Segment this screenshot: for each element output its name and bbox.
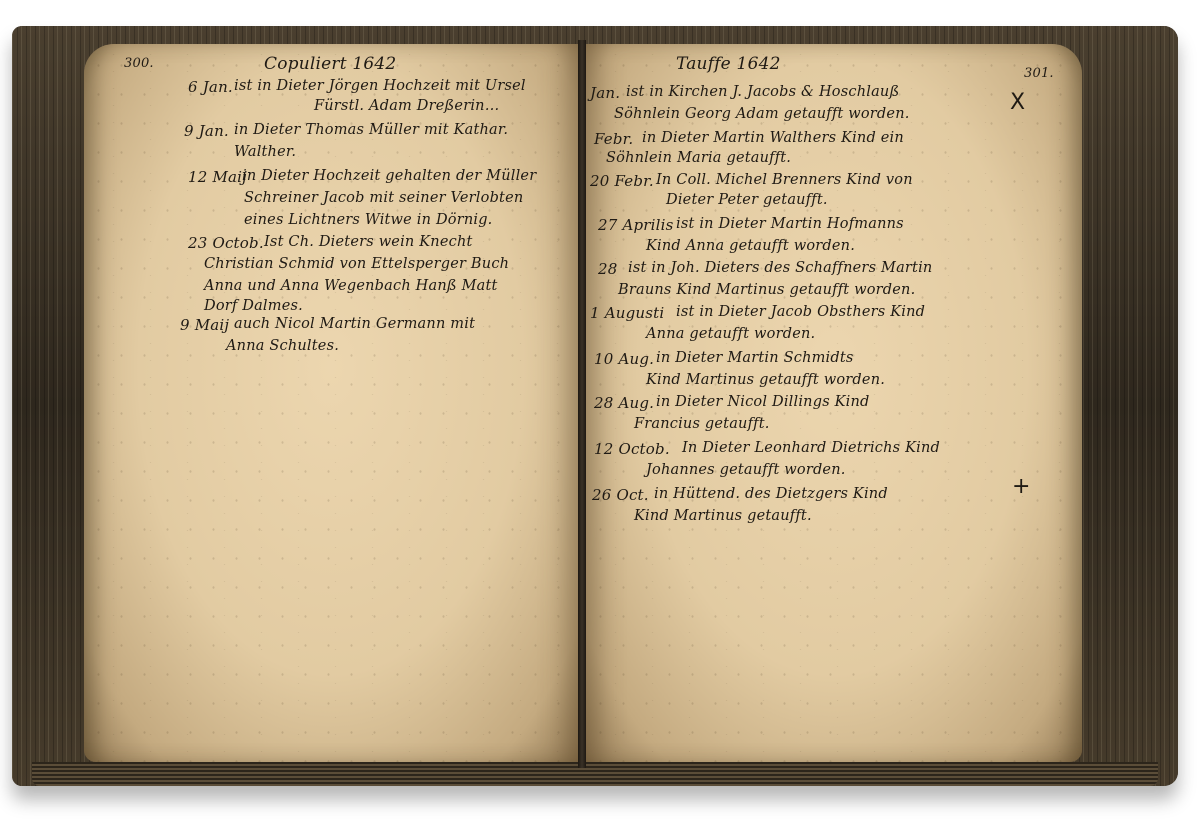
entry-date: 6 Jan. [188,78,233,96]
entry-date: 26 Oct. [592,486,649,504]
entry-date: 28 [598,260,618,278]
entry-date: 1 Augusti [590,304,664,322]
left-page: 300. Copuliert 1642 6 Jan. ist in Dieter… [84,44,578,762]
entry-line: in Dieter Thomas Müller mit Kathar. [234,122,508,138]
entry-line: Kind Martinus getaufft. [634,508,812,524]
entry-line: ist in Dieter Jörgen Hochzeit mit Ursel [234,78,526,94]
entry-date: 9 Jan. [184,122,229,140]
entry-line: Dieter Peter getaufft. [666,192,828,208]
entry-line: Kind Martinus getaufft worden. [646,372,885,388]
entry-line: in Dieter Hochzeit gehalten der Müller [242,168,536,184]
entry-line: Walther. [234,144,296,160]
page-number-left: 300. [124,56,154,71]
entry-line: Anna und Anna Wegenbach Hanß Matt [204,278,498,294]
entry-line: eines Lichtners Witwe in Dörnig. [244,212,493,228]
entry-line: Brauns Kind Martinus getaufft worden. [618,282,915,298]
entry-line: in Hüttend. des Dietzgers Kind [654,486,888,502]
entry-date: 23 Octob. [188,234,264,252]
entry-line: Johannes getaufft worden. [646,462,846,478]
book-bottom-edge [32,762,1158,786]
entry-line: Schreiner Jacob mit seiner Verlobten [244,190,523,206]
entry-line: ist in Kirchen J. Jacobs & Hoschlauß [626,84,899,100]
margin-mark-cross: + [1012,474,1031,499]
margin-mark-x: X [1010,90,1025,115]
entry-date: 10 Aug. [594,350,654,368]
entry-line: in Dieter Martin Walthers Kind ein [642,130,904,146]
entry-date: 27 Aprilis [598,216,674,234]
entry-line: Francius getaufft. [634,416,770,432]
entry-line: Kind Anna getaufft worden. [646,238,855,254]
entry-line: auch Nicol Martin Germann mit [234,316,475,332]
entry-date: Jan. [590,84,620,102]
entry-date: 28 Aug. [594,394,654,412]
entry-date: 12 Octob. [594,440,670,458]
entry-line: Anna getaufft worden. [646,326,815,342]
entry-line: in Dieter Martin Schmidts [656,350,854,366]
entry-line: in Dieter Nicol Dillings Kind [656,394,870,410]
entry-line: ist in Dieter Martin Hofmanns [676,216,904,232]
entry-line: Söhnlein Georg Adam getaufft worden. [614,106,910,122]
entry-line: In Coll. Michel Brenners Kind von [656,172,913,188]
entry-date: 20 Febr. [590,172,654,190]
right-page: Tauffe 1642 301. X + Jan. ist in Kirchen… [586,44,1082,762]
right-page-heading: Tauffe 1642 [676,54,781,74]
entry-line: Dorf Dalmes. [204,298,303,314]
left-page-heading: Copuliert 1642 [264,54,396,74]
entry-line: ist in Joh. Dieters des Schaffners Marti… [628,260,932,276]
entry-line: ist in Dieter Jacob Obsthers Kind [676,304,925,320]
entry-date: Febr. [594,130,633,148]
entry-line: Fürstl. Adam Dreßerin… [314,98,499,114]
book-gutter [578,40,586,768]
entry-line: In Dieter Leonhard Dietrichs Kind [682,440,940,456]
entry-date: 9 Maij [180,316,229,334]
entry-line: Anna Schultes. [226,338,339,354]
entry-line: Christian Schmid von Ettelsperger Buch [204,256,509,272]
entry-line: Söhnlein Maria getaufft. [606,150,791,166]
entry-line: Ist Ch. Dieters wein Knecht [264,234,473,250]
page-number-right: 301. [1024,66,1054,81]
entry-date: 12 Maij [188,168,247,186]
